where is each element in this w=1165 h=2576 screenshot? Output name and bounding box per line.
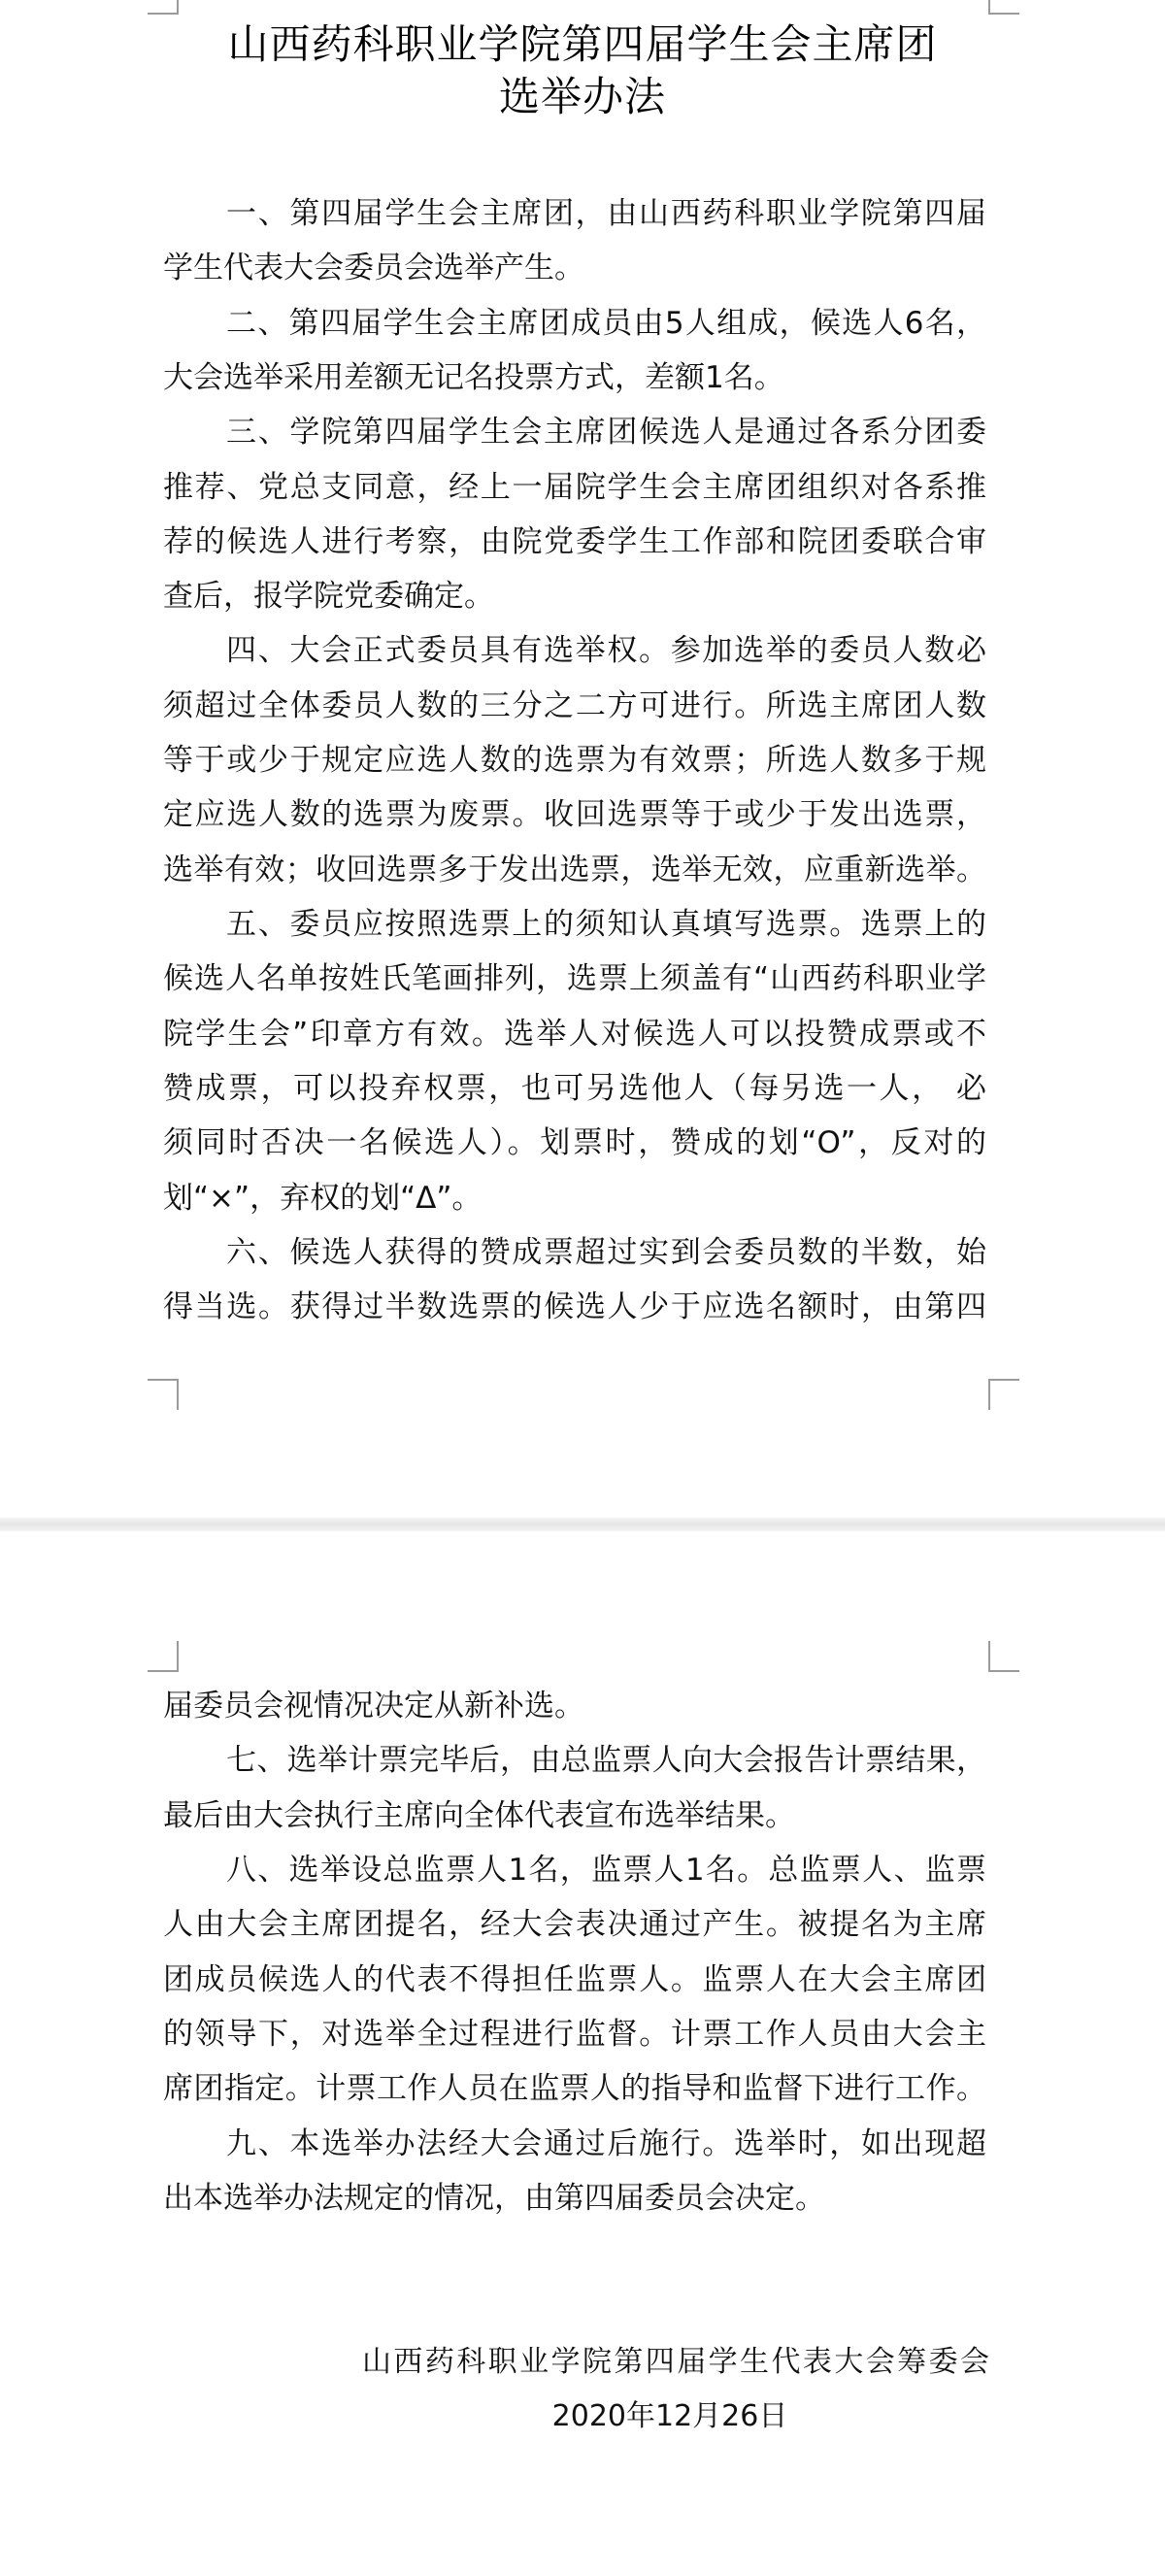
- paragraph-line: 七、选举计票完毕后，由总监票人向大会报告计票结果，: [226, 1733, 986, 1788]
- paragraph-line: 席团指定。计票工作人员在监票人的指导和监督下进行工作。: [163, 2061, 986, 2116]
- document-page-2: 届委员会视情况决定从新补选。 七、选举计票完毕后，由总监票人向大会报告计票结果，…: [0, 1531, 1165, 2576]
- page-corner-mark-top-left: [148, 0, 179, 15]
- paragraph-line: 院学生会”印章方有效。选举人对候选人可以投赞成票或不: [163, 1007, 986, 1061]
- paragraph-line: 三、学院第四届学生会主席团候选人是通过各系分团委: [226, 405, 986, 459]
- paragraph-line: 荐的候选人进行考察，由院党委学生工作部和院团委联合审: [163, 515, 986, 569]
- paragraph-line: 定应选人数的选票为废票。收回选票等于或少于发出选票，: [163, 787, 986, 842]
- paragraph-line: 四、大会正式委员具有选举权。参加选举的委员人数必: [226, 623, 986, 678]
- paragraph-line: 人由大会主席团提名，经大会表决通过产生。被提名为主席: [163, 1897, 986, 1952]
- paragraph-line: 届委员会视情况决定从新补选。: [163, 1679, 986, 1733]
- paragraph-line: 大会选举采用差额无记名投票方式，差额1名。: [163, 351, 986, 405]
- page-corner-mark-top-left: [148, 1641, 179, 1672]
- paragraph-line: 赞成票，可以投弃权票，也可另选他人（每另选一人， 必: [163, 1061, 986, 1116]
- paragraph-line: 查后，报学院党委确定。: [163, 569, 986, 623]
- paragraph-line: 出本选举办法规定的情况，由第四届委员会决定。: [163, 2171, 986, 2225]
- paragraph-line: 候选人名单按姓氏笔画排列，选票上须盖有“山西药科职业学: [163, 952, 986, 1006]
- page-corner-mark-top-right: [988, 1641, 1019, 1672]
- paragraph-line: 五、委员应按照选票上的须知认真填写选票。选票上的: [226, 897, 986, 952]
- page-corner-mark-bottom-right: [988, 1379, 1019, 1410]
- paragraph-line: 推荐、党总支同意，经上一届院学生会主席团组织对各系推: [163, 460, 986, 515]
- paragraph-line: 须同时否决一名候选人）。划票时，赞成的划“O”，反对的: [163, 1116, 986, 1170]
- paragraph-line: 的领导下，对选举全过程进行监督。计票工作人员由大会主: [163, 2007, 986, 2061]
- paragraph-line: 得当选。获得过半数选票的候选人少于应选名额时，由第四: [163, 1280, 986, 1334]
- paragraph-line: 团成员候选人的代表不得担任监票人。监票人在大会主席团: [163, 1953, 986, 2007]
- paragraph-line: 须超过全体委员人数的三分之二方可进行。所选主席团人数: [163, 679, 986, 733]
- signature-organization: 山西药科职业学院第四届学生代表大会筹委会: [362, 2335, 989, 2390]
- paragraph-line: 六、候选人获得的赞成票超过实到会委员数的半数，始: [226, 1225, 986, 1280]
- document-page-1: 山西药科职业学院第四届学生会主席团 选举办法 一、第四届学生会主席团，由山西药科…: [0, 0, 1165, 1518]
- paragraph-line: 最后由大会执行主席向全体代表宣布选举结果。: [163, 1789, 986, 1843]
- page-corner-mark-bottom-left: [148, 1379, 179, 1410]
- paragraph-line: 九、本选举办法经大会通过后施行。选举时，如出现超: [226, 2117, 986, 2171]
- paragraph-line: 一、第四届学生会主席团，由山西药科职业学院第四届: [226, 186, 986, 241]
- paragraph-line: 选举有效；收回选票多于发出选票，选举无效，应重新选举。: [163, 843, 986, 897]
- paragraph-line: 学生代表大会委员会选举产生。: [163, 241, 986, 295]
- paragraph-line: 二、第四届学生会主席团成员由5人组成，候选人6名，: [226, 296, 986, 351]
- page-break-separator: [0, 1518, 1165, 1531]
- paragraph-line: 等于或少于规定应选人数的选票为有效票；所选人数多于规: [163, 733, 986, 787]
- page-corner-mark-top-right: [988, 0, 1019, 15]
- paragraph-line: 划“×”，弃权的划“Δ”。: [163, 1171, 986, 1225]
- document-title-line-1: 山西药科职业学院第四届学生会主席团: [0, 17, 1165, 71]
- signature-date: 2020年12月26日: [544, 2390, 796, 2444]
- paragraph-line: 八、选举设总监票人1名，监票人1名。总监票人、监票: [226, 1843, 986, 1897]
- document-title-line-2: 选举办法: [0, 70, 1165, 123]
